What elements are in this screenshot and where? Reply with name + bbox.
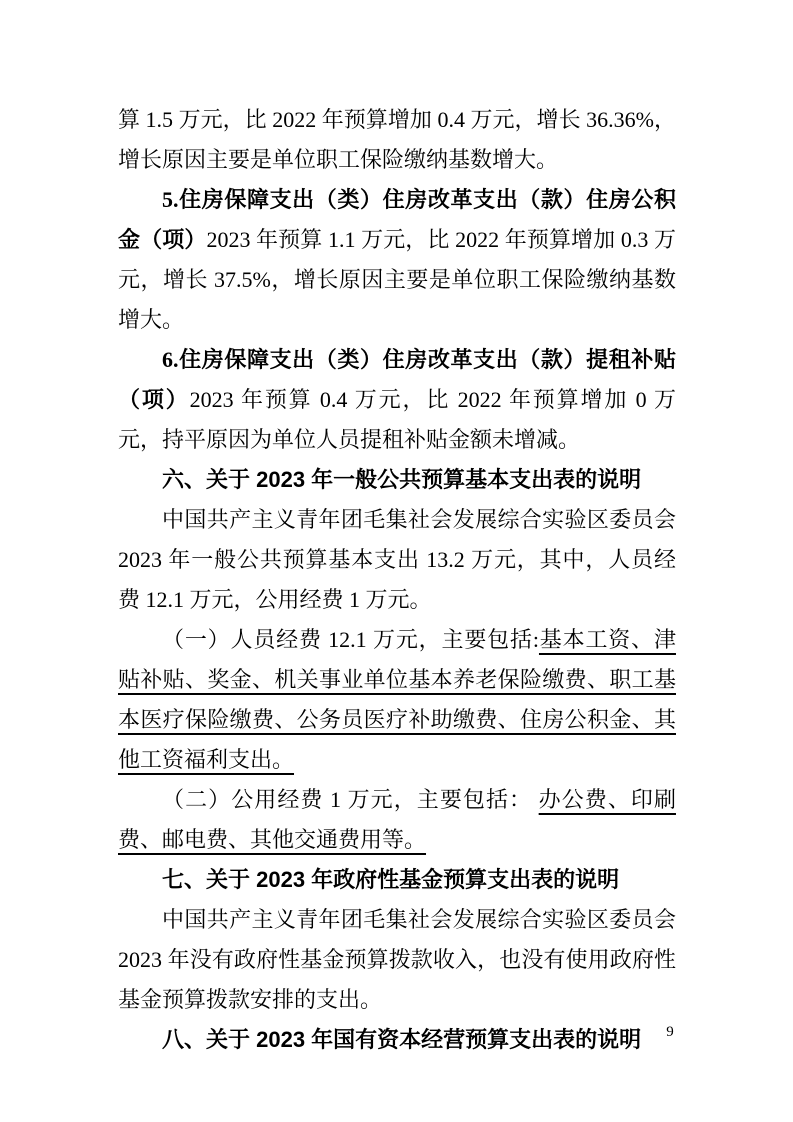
paragraph-section-7-body: 中国共产主义青年团毛集社会发展综合实验区委员会 2023 年没有政府性基金预算拨… bbox=[118, 900, 676, 1020]
paragraph-personnel-funds: （一）人员经费 12.1 万元，主要包括:基本工资、津贴补贴、奖金、机关事业单位… bbox=[118, 620, 676, 780]
paragraph-public-funds: （二）公用经费 1 万元，主要包括： 办公费、印刷费、邮电费、其他交通费用等。 bbox=[118, 780, 676, 860]
page-number: 9 bbox=[660, 1022, 680, 1042]
document-page: 算 1.5 万元，比 2022 年预算增加 0.4 万元，增长 36.36%，增… bbox=[0, 0, 793, 1122]
public-funds-lead: （二）公用经费 1 万元，主要包括： bbox=[162, 787, 539, 812]
personnel-funds-lead: （一）人员经费 12.1 万元，主要包括: bbox=[162, 627, 539, 652]
paragraph-item-6-rent-subsidy: 6.住房保障支出（类）住房改革支出（款）提租补贴（项）2023 年预算 0.4 … bbox=[118, 340, 676, 460]
section-heading-6-basic-expenditure: 六、关于 2023 年一般公共预算基本支出表的说明 bbox=[118, 460, 676, 500]
paragraph-item-5-housing-fund: 5.住房保障支出（类）住房改革支出（款）住房公积金（项）2023 年预算 1.1… bbox=[118, 180, 676, 340]
section-heading-8-state-capital: 八、关于 2023 年国有资本经营预算支出表的说明 bbox=[118, 1020, 676, 1060]
paragraph-section-6-body: 中国共产主义青年团毛集社会发展综合实验区委员会 2023 年一般公共预算基本支出… bbox=[118, 500, 676, 620]
paragraph-social-security-continuation: 算 1.5 万元，比 2022 年预算增加 0.4 万元，增长 36.36%，增… bbox=[118, 100, 676, 180]
section-heading-7-government-fund: 七、关于 2023 年政府性基金预算支出表的说明 bbox=[118, 860, 676, 900]
document-body: 算 1.5 万元，比 2022 年预算增加 0.4 万元，增长 36.36%，增… bbox=[118, 100, 676, 1060]
item-6-text: 2023 年预算 0.4 万元，比 2022 年预算增加 0 万元，持平原因为单… bbox=[118, 387, 676, 452]
